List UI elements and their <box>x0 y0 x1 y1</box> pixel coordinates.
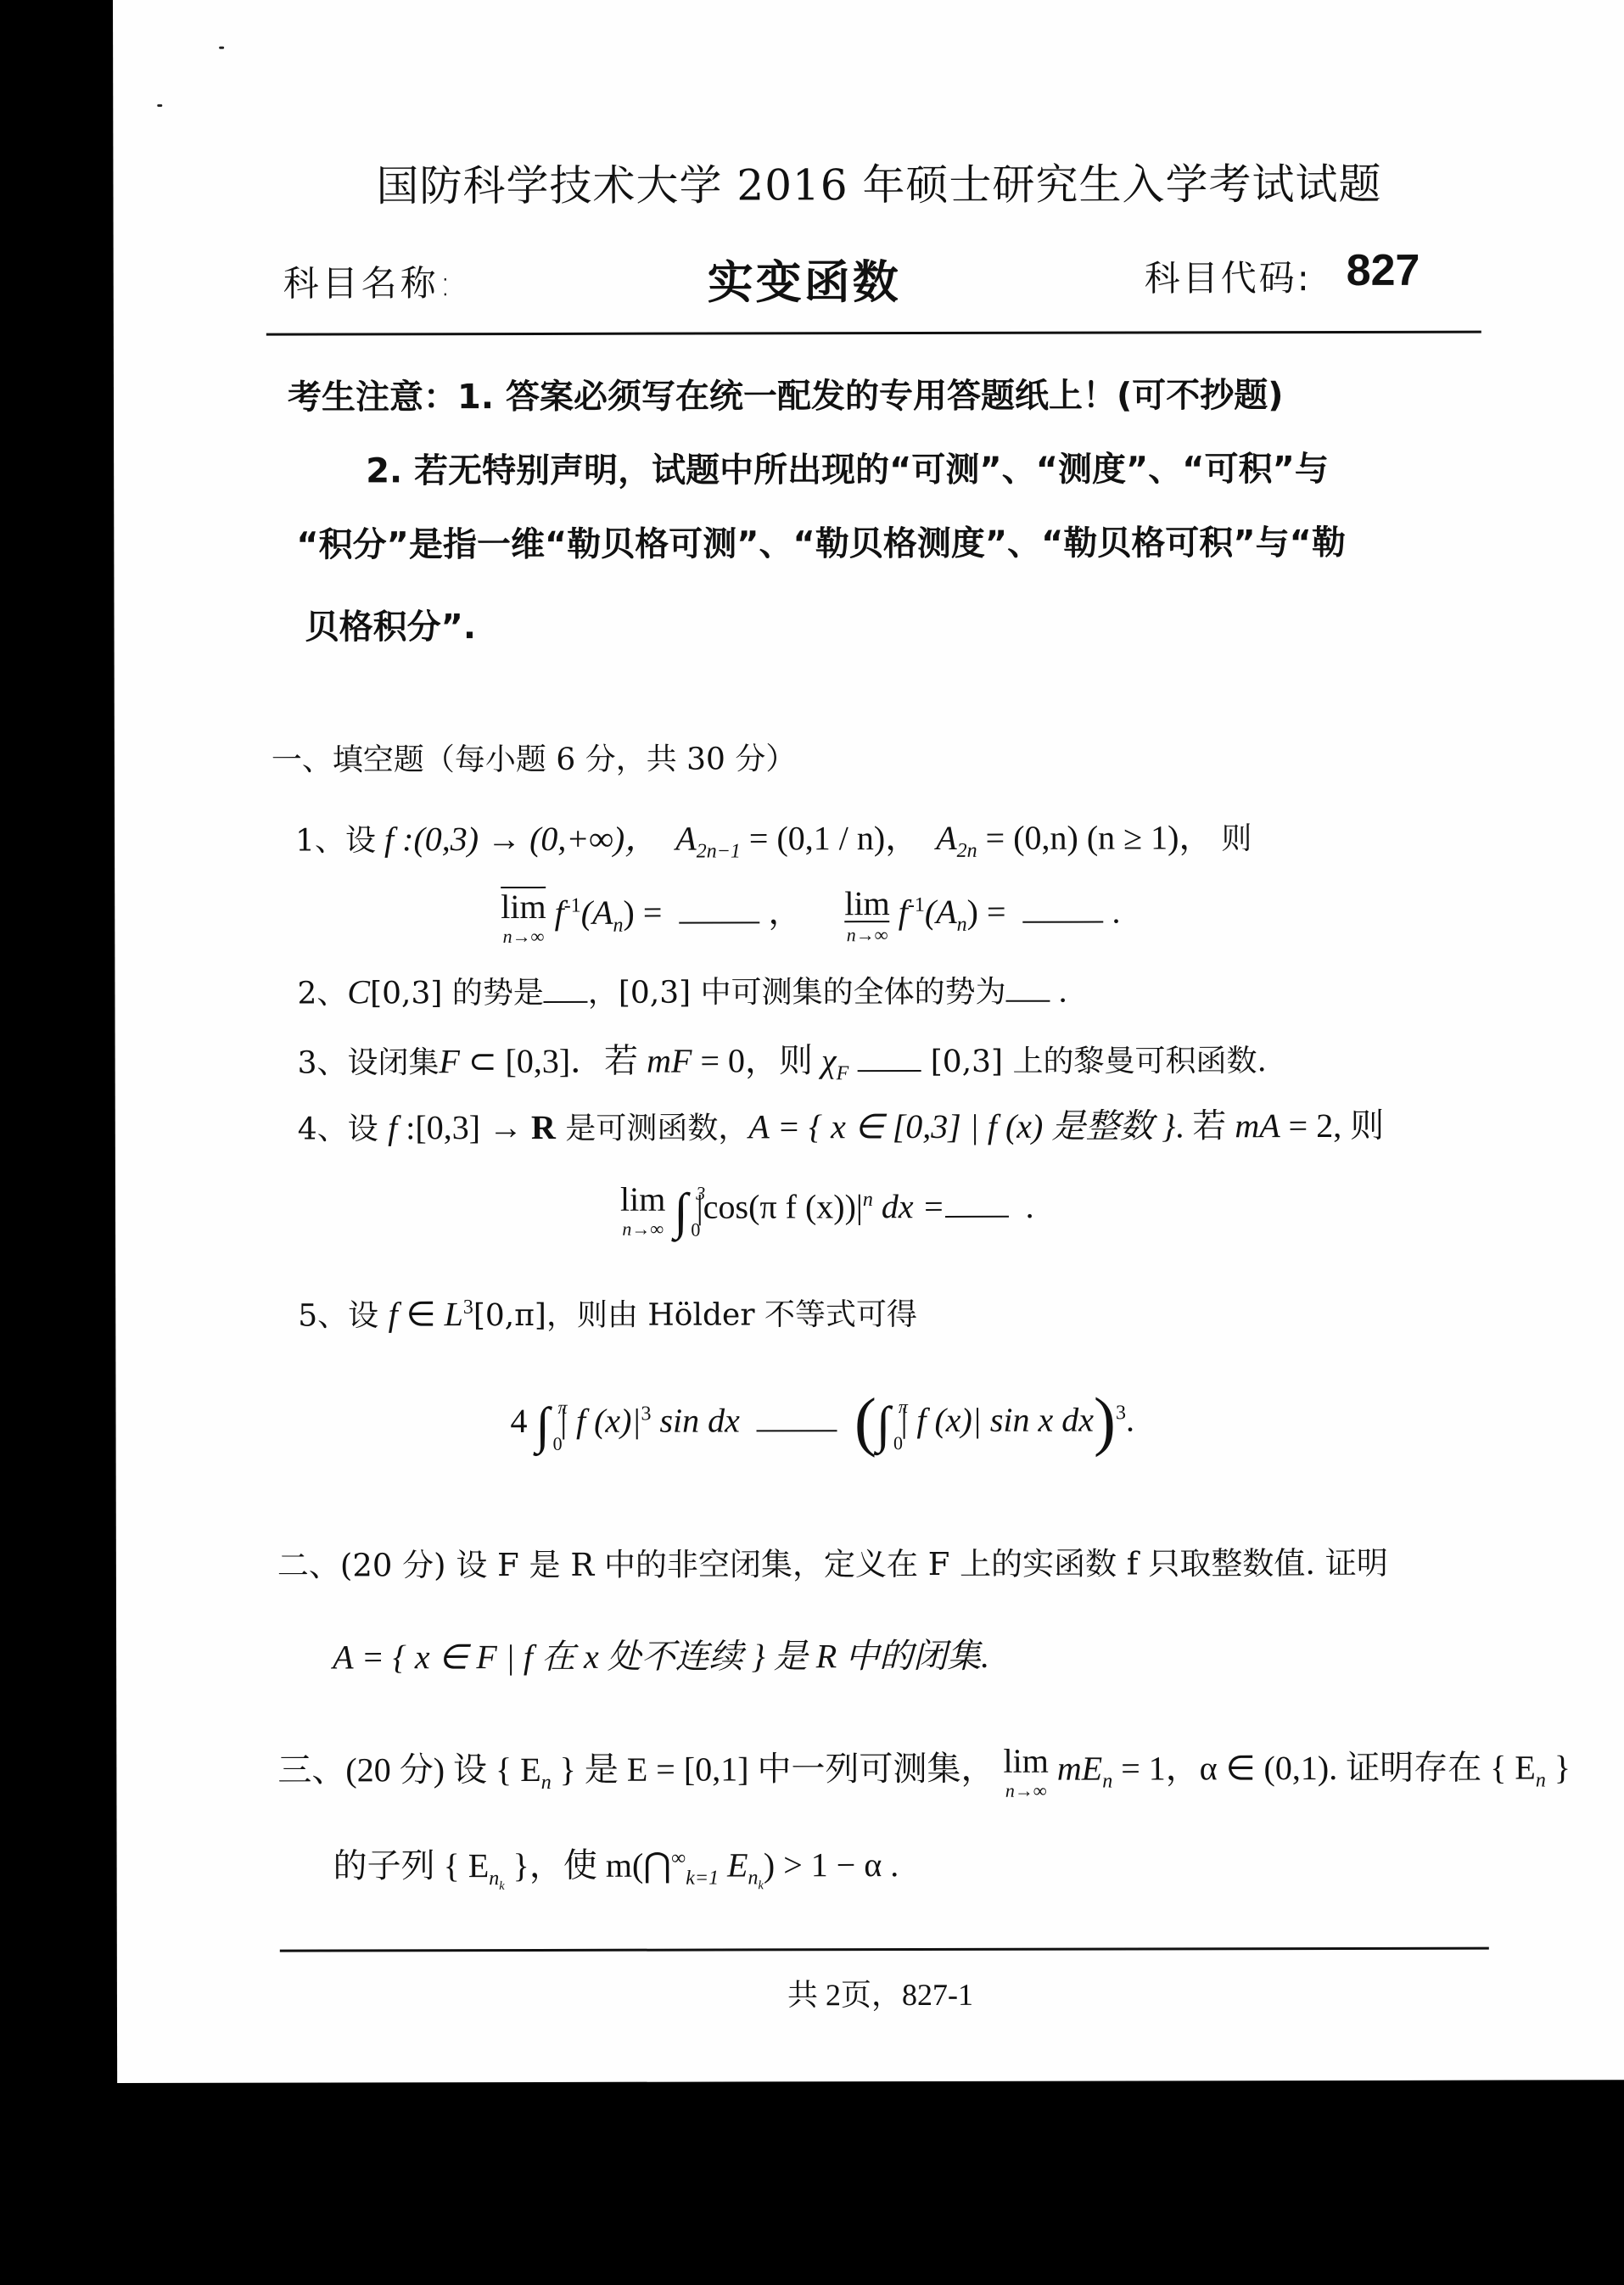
exam-page: 国防科学技术大学 2016 年硕士研究生入学考试试题 科目名称: 实变函数 科目… <box>113 0 1624 2083</box>
q3-mF: mF <box>647 1042 692 1080</box>
integral-sign: ∫π0 <box>535 1397 550 1455</box>
section-3-line-2: 的子列 { Enk }，使 m(⋂∞k=1 Enk) > 1 − α . <box>333 1838 899 1887</box>
s3-text-a: 三、(20 分) 设 { E <box>277 1750 540 1789</box>
lim: lim n→∞ <box>1003 1745 1048 1801</box>
q5-text-c: [0,π]，则由 Hölder 不等式可得 <box>473 1297 917 1333</box>
q1-expr-close: ) = <box>967 893 1006 931</box>
q5-text-a: 5、设 <box>298 1298 388 1333</box>
q2-text-b: [0,3] 的势是 <box>370 976 544 1011</box>
q1-prefix: 1、设 <box>295 823 376 858</box>
s3-text-e: } <box>1546 1748 1571 1786</box>
limsup: lim n→∞ <box>501 887 546 946</box>
section-2-line-2: A = { x ∈ F | f 在 x 处不连续 } 是 R 中的闭集. <box>333 1629 989 1679</box>
s3-subseq-sub: nk <box>489 1868 504 1890</box>
question-1-statement: 1、设 f :(0,3) → (0,+∞)， A2n−1 = (0,1 / n)… <box>295 810 1252 860</box>
subject-name: 实变函数 <box>708 246 901 311</box>
integral-sign: ∫π0 <box>876 1396 891 1454</box>
s3-text-b: } 是 E = [0,1] 中一列可测集， <box>552 1750 995 1789</box>
q5-rhs: | f (x)| sin x dx <box>899 1401 1094 1439</box>
lim: lim n→∞ <box>620 1183 665 1239</box>
q5-text-b: ∈ <box>398 1295 445 1333</box>
q1-expr-sub: n <box>957 914 967 936</box>
section-2-line-1: 二、(20 分) 设 F 是 R 中的非空闭集，定义在 F 上的实函数 f 只取… <box>277 1537 1388 1586</box>
q4-text-e: = 2, 则 <box>1280 1106 1385 1145</box>
question-2: 2、C[0,3] 的势是，[0,3] 中可测集的全体的势为 . <box>297 968 1067 1013</box>
q4-period: . <box>1026 1187 1034 1225</box>
q1-set-odd: A <box>675 820 697 858</box>
q1-expr-f: f <box>555 893 564 932</box>
limsup-label: lim <box>501 887 546 924</box>
right-paren: ) <box>1094 1384 1116 1458</box>
answer-blank[interactable] <box>1023 921 1104 923</box>
q1-set-odd-sub: 2n−1 <box>697 840 741 862</box>
q1-expr-close: ) = <box>623 893 662 932</box>
left-paren: ( <box>854 1384 876 1458</box>
question-3: 3、设闭集F ⊂ [0,3]．若 mF = 0，则 χF [0,3] 上的黎曼可… <box>298 1033 1267 1083</box>
q5-period: . <box>1126 1400 1134 1438</box>
q1-expr-arg: (A <box>925 893 957 931</box>
integral-upper: π <box>557 1397 567 1419</box>
section-3-line-1: 三、(20 分) 设 { En } 是 E = [0,1] 中一列可测集， li… <box>277 1740 1571 1801</box>
integral-sign: ∫30 <box>674 1183 688 1241</box>
q2-number: 2、 <box>297 976 347 1011</box>
q5-f: f <box>389 1295 398 1333</box>
liminf-subscript: n→∞ <box>844 926 889 944</box>
notice-line-3: “积分”是指一维“勒贝格可测”、“勒贝格测度”、“勒贝格可积”与“勒 <box>296 516 1346 567</box>
answer-blank[interactable] <box>679 921 759 923</box>
liminf-label: lim <box>844 887 889 922</box>
s3-cap-sub: k=1 <box>686 1868 719 1890</box>
q4-f: f <box>388 1108 397 1146</box>
q1-set-even: A <box>936 819 957 857</box>
s3-cap: }，使 m(⋂ <box>505 1846 672 1885</box>
subject-label: 科目名称: <box>283 255 455 306</box>
q1-set-even-sub: 2n <box>957 840 977 862</box>
q4-R: R <box>531 1108 556 1146</box>
q3-chi: χ <box>821 1041 837 1079</box>
q3-text-a: 3、设闭集 <box>298 1045 440 1080</box>
q1-set-even-value: = (0,n) (n ≥ 1)， <box>977 818 1213 857</box>
liminf: lim n→∞ <box>844 887 889 944</box>
section-1-heading: 一、填空题（每小题 6 分，共 30 分） <box>272 735 797 779</box>
q1-function-map: f :(0,3) → (0,+∞)， <box>384 820 658 859</box>
q4-text-a: 4、设 <box>298 1112 388 1146</box>
q5-L-power: 3 <box>463 1297 473 1319</box>
q4-text-d: . 若 <box>1175 1106 1235 1145</box>
subject-code-value: 827 <box>1347 245 1420 296</box>
q1-expr-sub: n <box>613 915 623 937</box>
question-5: 5、设 f ∈ L3[0,π]，则由 Hölder 不等式可得 <box>298 1291 917 1336</box>
q5-rhs-power: 3 <box>1116 1402 1126 1424</box>
integral-upper: π <box>899 1396 908 1418</box>
integral-upper: 3 <box>696 1183 705 1205</box>
s3-sub-n: n <box>748 1867 759 1889</box>
s3-text-d: = 1，α ∈ (0,1). 证明存在 { E <box>1112 1748 1536 1787</box>
q1-period: . <box>1112 893 1120 931</box>
q3-F: F <box>439 1042 460 1080</box>
lim-label: lim <box>620 1183 665 1217</box>
s3-sub-n: n <box>541 1772 552 1794</box>
answer-blank[interactable] <box>757 1430 837 1431</box>
q4-dx: dx = <box>873 1187 945 1225</box>
q1-expr-arg: (A <box>581 893 613 932</box>
q1-set-odd-value: = (0,1 / n)， <box>741 819 919 857</box>
integral-lower: 0 <box>553 1433 563 1455</box>
limsup-subscript: n→∞ <box>501 927 546 946</box>
answer-blank[interactable] <box>945 1216 1009 1218</box>
s3-E: E <box>719 1845 748 1884</box>
question-5-holder: 4 ∫π0 | f (x)|3 sin dx (∫π0 | f (x)| sin… <box>510 1382 1134 1460</box>
q1-suffix: 则 <box>1221 821 1252 856</box>
s3-cap-sup: ∞ <box>671 1847 686 1869</box>
answer-blank[interactable] <box>1006 1000 1050 1002</box>
page-footer: 共 2页，827-1 <box>787 1971 973 2014</box>
lim-label: lim <box>1003 1745 1048 1778</box>
notice-line-2: 2. 若无特别声明，试题中所出现的“可测”、“测度”、“可积”与 <box>366 442 1329 492</box>
question-4: 4、设 f :[0,3] → R 是可测函数，A = { x ∈ [0,3] |… <box>298 1099 1385 1150</box>
s3-E-subseq-sub: nk <box>748 1867 764 1889</box>
q5-L: L <box>445 1295 463 1333</box>
s3-E-sub: n <box>1536 1769 1546 1791</box>
q2-c-set: C <box>347 972 370 1011</box>
q2-period: . <box>1059 972 1067 1010</box>
q5-coef: 4 <box>510 1402 527 1440</box>
q4-text-c: 是可测函数， <box>556 1111 749 1145</box>
integral-lower: 0 <box>691 1219 700 1241</box>
question-4-integral: lim n→∞ ∫30 |cos(π f (x))|n dx = . <box>620 1182 1034 1241</box>
integral-lower: 0 <box>893 1432 903 1454</box>
q3-text-b: ⊂ [0,3]．若 <box>460 1042 647 1080</box>
q1-expr-f: f <box>899 893 908 931</box>
scan-speck <box>157 104 162 107</box>
exam-title: 国防科学技术大学 2016 年硕士研究生入学考试试题 <box>376 150 1381 213</box>
q1-comma: ， <box>768 893 802 931</box>
lim-subscript: n→∞ <box>620 1220 665 1239</box>
s3-text-d: ) > 1 − α . <box>764 1845 899 1884</box>
s3-subseq-text: 的子列 { E <box>333 1846 490 1885</box>
lim-subscript: n→∞ <box>1004 1782 1049 1801</box>
notice-line-1: 考生注意：1. 答案必须写在统一配发的专用答题纸上！(可不抄题) <box>288 368 1284 418</box>
q5-lhs-tail: sin dx <box>651 1401 740 1439</box>
q3-text-c: = 0，则 <box>692 1041 821 1079</box>
answer-blank[interactable] <box>857 1070 921 1072</box>
footer-divider <box>280 1947 1489 1952</box>
q4-integrand: |cos(π f (x))| <box>697 1187 863 1225</box>
s3-mE-sub: n <box>1102 1771 1112 1793</box>
notice-line-4: 贝格积分”. <box>305 600 476 648</box>
q1-expr-inverse: -1 <box>564 895 581 917</box>
q4-mA: mA <box>1235 1106 1280 1145</box>
q1-expr-inverse: -1 <box>908 894 925 916</box>
q5-lhs-power: 3 <box>641 1403 651 1425</box>
question-1-limits: lim n→∞ f-1(An) = ， lim n→∞ f-1(An) = . <box>501 885 1120 946</box>
answer-blank[interactable] <box>544 1001 588 1003</box>
scan-speck <box>219 47 224 49</box>
q4-text-b: :[0,3] → <box>397 1108 531 1146</box>
header-divider <box>266 331 1481 336</box>
q3-text-d: [0,3] 上的黎曼可积函数. <box>921 1044 1267 1079</box>
q4-integrand-power: n <box>863 1189 873 1211</box>
q2-text-c: ，[0,3] 中可测集的全体的势为 <box>588 975 1006 1011</box>
q4-set-A: A = { x ∈ [0,3] | f (x) 是整数 } <box>748 1106 1175 1145</box>
s3-mE: mE <box>1049 1750 1102 1788</box>
q5-lhs: | f (x)| <box>558 1402 641 1440</box>
s3-sub-n: n <box>489 1868 499 1890</box>
subject-code-label: 科目代码: <box>1145 250 1312 301</box>
q3-chi-sub: F <box>837 1062 849 1084</box>
